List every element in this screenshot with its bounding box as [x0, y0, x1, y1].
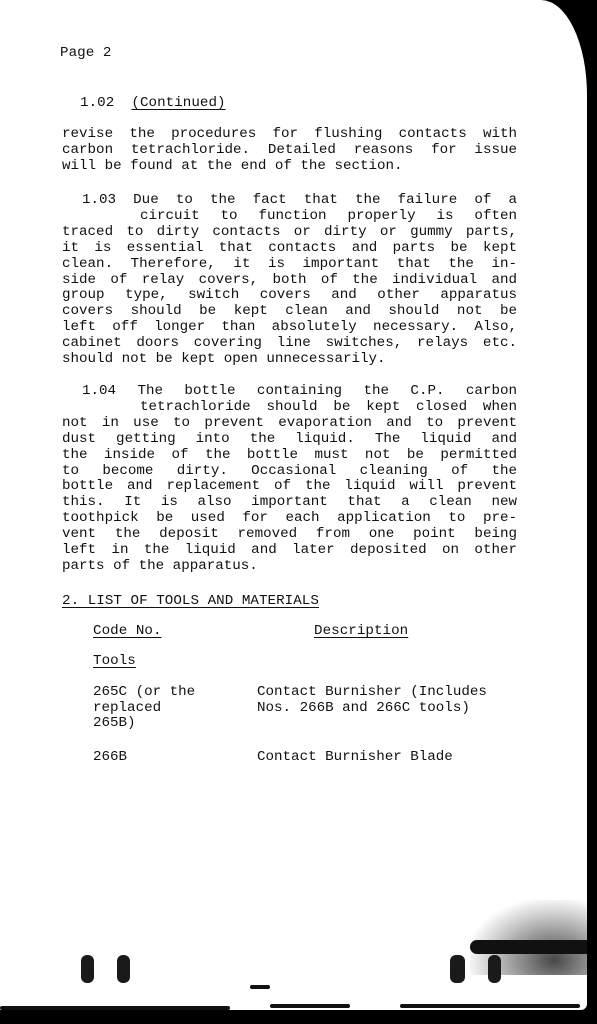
section-heading-label: (Continued) [131, 95, 225, 111]
section-heading-1-02: 1.02 (Continued) [80, 95, 226, 111]
column-header-code: Code No. [93, 623, 162, 639]
paragraph-1-02: revise the procedures for flushing conta… [62, 127, 517, 175]
text-line: traced to dirty contacts or dirty or gum… [62, 225, 517, 241]
tool-code: 265C (or the replaced 265B) [93, 685, 195, 732]
text-line: dust getting into the liquid. The liquid… [62, 432, 517, 448]
text-line: covers should be kept clean and should n… [62, 304, 517, 320]
text-line: 1.04 The bottle containing the C.P. carb… [62, 384, 517, 400]
section-number: 1.02 [80, 95, 114, 111]
text-line: parts of the apparatus. [62, 559, 517, 575]
tool-description: Contact Burnisher Blade [257, 750, 453, 766]
text-line: bottle and replacement of the liquid wil… [62, 479, 517, 495]
text-line: cabinet doors covering line switches, re… [62, 336, 517, 352]
binder-hole-mark [450, 955, 465, 983]
scan-edge-line [400, 1004, 580, 1008]
text-line: 1.03 Due to the fact that the failure of… [62, 193, 517, 209]
text-line: toothpick be used for each application t… [62, 511, 517, 527]
text-line: the inside of the bottle must not be per… [62, 448, 517, 464]
paragraph-1-03: 1.03 Due to the fact that the failure of… [62, 193, 517, 368]
ink-smear-bar [470, 940, 587, 954]
tool-code: 266B [93, 750, 127, 766]
text-line: circuit to function properly is often [62, 209, 517, 225]
text-line: vent the deposit removed from one point … [62, 527, 517, 543]
paragraph-1-04: 1.04 The bottle containing the C.P. carb… [62, 384, 517, 575]
text-line: group type, switch covers and other appa… [62, 288, 517, 304]
text-line: this. It is also important that a clean … [62, 495, 517, 511]
text-line: not in use to prevent evaporation and to… [62, 416, 517, 432]
scan-edge-line [270, 1004, 350, 1008]
scan-speck [250, 985, 270, 989]
binder-hole-mark [117, 955, 130, 983]
text-line: will be found at the end of the section. [62, 159, 517, 175]
tool-description: Contact Burnisher (Includes Nos. 266B an… [257, 685, 487, 716]
text-line: clean. Therefore, it is important that t… [62, 257, 517, 273]
page-number: Page 2 [60, 45, 111, 61]
text-line: it is essential that contacts and parts … [62, 241, 517, 257]
column-header-description: Description [314, 623, 408, 639]
text-line: tetrachloride should be kept closed when [62, 400, 517, 416]
text-line: left in the liquid and later deposited o… [62, 543, 517, 559]
text-line: side of relay covers, both of the indivi… [62, 273, 517, 289]
text-line: should not be kept open unnecessarily. [62, 352, 517, 368]
text-line: carbon tetrachloride. Detailed reasons f… [62, 143, 517, 159]
text-line: to become dirty. Occasional cleaning of … [62, 464, 517, 480]
text-line: left off longer than absolutely necessar… [62, 320, 517, 336]
text-line: revise the procedures for flushing conta… [62, 127, 517, 143]
binder-hole-mark [488, 955, 501, 983]
group-label-tools: Tools [93, 653, 136, 669]
section-heading-2: 2. LIST OF TOOLS AND MATERIALS [62, 593, 319, 609]
scan-edge-line [0, 1006, 230, 1010]
document-page: Page 2 1.02 (Continued) revise the proce… [0, 0, 587, 1010]
binder-hole-mark [81, 955, 94, 983]
